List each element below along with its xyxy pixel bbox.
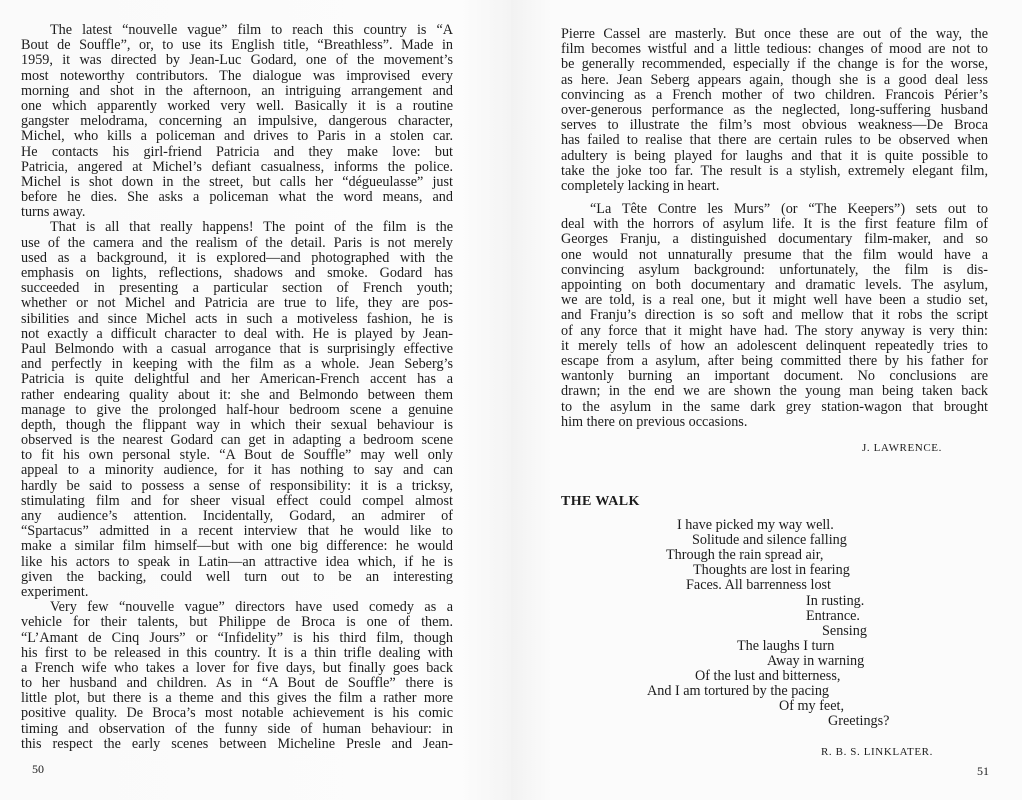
text-line: succeeded in presenting a particular sec… — [21, 281, 453, 296]
poem-line: I have picked my way well. — [677, 518, 834, 533]
text-line: used as a background, it is explored—and… — [21, 251, 453, 266]
text-line: whether or not Michel and Patricia are t… — [21, 296, 453, 311]
text-line: turns away. — [21, 205, 453, 220]
text-line: take the joke too far. The result is a s… — [561, 164, 988, 179]
poem-author: R. B. S. LINKLATER. — [821, 746, 933, 758]
left-page: The latest “nouvelle vague” film to reac… — [0, 0, 511, 800]
text-line: “L’Amant de Cinq Jours” or “Infidelity” … — [21, 631, 453, 646]
text-line: most noteworthy contributors. The dialog… — [21, 69, 453, 84]
text-line: timing and observation of the funny side… — [21, 722, 453, 737]
text-line: we are told, is a real one, but it might… — [561, 293, 988, 308]
text-line: to her husband and children. As in “A Bo… — [21, 676, 453, 691]
text-line: emphasis on lights, reflections, shadows… — [21, 266, 453, 281]
text-line: has failed to realise that there are cer… — [561, 133, 988, 148]
text-line: morning and shot in the afternoon, an in… — [21, 84, 453, 99]
text-line: The latest “nouvelle vague” film to reac… — [21, 23, 453, 38]
poem-line: In rusting. — [806, 594, 864, 609]
text-line: rather endearing quality about it: she a… — [21, 388, 453, 403]
text-line: stimulating film and for sheer visual ef… — [21, 494, 453, 509]
text-line: sibilities and since Michel acts in such… — [21, 312, 453, 327]
text-line: one which apparently worked very well. B… — [21, 99, 453, 114]
page-number-right: 51 — [977, 764, 989, 779]
right-page-text-column: Pierre Cassel are masterly. But once the… — [561, 27, 988, 430]
text-line: hardly be said to possess a sense of res… — [21, 479, 453, 494]
text-line: Very few “nouvelle vague” directors have… — [21, 600, 453, 615]
text-line: like his actors to speak in Latin—an att… — [21, 555, 453, 570]
text-line: given the backing, could well turn out t… — [21, 570, 453, 585]
text-line: little plot, but there is a theme and th… — [21, 691, 453, 706]
text-line: Georges Franju, a distinguished document… — [561, 232, 988, 247]
text-line: use of the camera and the realism of the… — [21, 236, 453, 251]
text-line: and Franju’s direction is so soft and me… — [561, 308, 988, 323]
poem-line: Sensing — [822, 624, 867, 639]
poem-line: The laughs I turn — [737, 639, 834, 654]
text-line: his first to be released in this country… — [21, 646, 453, 661]
poem-line: Entrance. — [806, 609, 860, 624]
text-line: one would not unnaturally presume that t… — [561, 248, 988, 263]
poem-line: Through the rain spread air, — [666, 548, 823, 563]
text-line: over-generous performance as the neglect… — [561, 103, 988, 118]
text-line: film becomes wistful and a little tediou… — [561, 42, 988, 57]
text-line: to the asylum in the same dark grey stat… — [561, 400, 988, 415]
text-line: him there on previous occasions. — [561, 415, 988, 430]
text-line: convincing asylum background: unfortunat… — [561, 263, 988, 278]
poem-line: Faces. All barrenness lost — [686, 578, 831, 593]
text-line: gangster melodrama, concerning an impuls… — [21, 114, 453, 129]
review-signature: J. LAWRENCE. — [862, 442, 942, 454]
text-line: That is all that really happens! The poi… — [21, 220, 453, 235]
text-line: experiment. — [21, 585, 453, 600]
text-line: convincing as a French mother of two chi… — [561, 88, 988, 103]
text-line: appointing on both documentary and drama… — [561, 278, 988, 293]
text-line: to fit his own personal style. “A Bout d… — [21, 448, 453, 463]
text-line: Michel is shot down in the street, but c… — [21, 175, 453, 190]
text-line: a French wife who takes a lover for five… — [21, 661, 453, 676]
text-line: as here. Jean Seberg appears again, thou… — [561, 73, 988, 88]
left-page-text-column: The latest “nouvelle vague” film to reac… — [21, 23, 453, 752]
text-line: adultery is being played for laughs and … — [561, 149, 988, 164]
text-line: drawn; in the end we are shown the young… — [561, 384, 988, 399]
text-line: any audience’s attention. Incidentally, … — [21, 509, 453, 524]
text-line: of any force that it might have had. The… — [561, 324, 988, 339]
text-line: Bout de Souffle”, or, to use its English… — [21, 38, 453, 53]
text-line: He contacts his girl-friend Patricia and… — [21, 145, 453, 160]
text-line: depth, though the flippant way in which … — [21, 418, 453, 433]
text-line: this respect the early scenes between Mi… — [21, 737, 453, 752]
poem-line: Away in warning — [767, 654, 864, 669]
text-line: 1959, it was directed by Jean-Luc Godard… — [21, 53, 453, 68]
text-line: positive quality. De Broca’s most notabl… — [21, 706, 453, 721]
text-line: Patricia is quite delightful and her Ame… — [21, 372, 453, 387]
text-line: “Spartacus” admitted in a recent intervi… — [21, 524, 453, 539]
text-line: Michel, who kills a policeman and drives… — [21, 129, 453, 144]
text-line: vehicle for their talents, but Philippe … — [21, 615, 453, 630]
text-line: wantonly burning an important document. … — [561, 369, 988, 384]
text-line: before he dies. She asks a policeman wha… — [21, 190, 453, 205]
text-line: Pierre Cassel are masterly. But once the… — [561, 27, 988, 42]
text-line: escape from a asylum, after being commit… — [561, 354, 988, 369]
text-line: not exactly a difficult character to dea… — [21, 327, 453, 342]
right-page: Pierre Cassel are masterly. But once the… — [511, 0, 1022, 800]
text-line: Paul Belmondo with a casual arrogance th… — [21, 342, 453, 357]
poem-line: Of the lust and bitterness, — [695, 669, 840, 684]
text-line: Patricia, angered at Michel’s defiant ca… — [21, 160, 453, 175]
poem-line: And I am tortured by the pacing — [647, 684, 829, 699]
poem-title: THE WALK — [561, 494, 640, 510]
text-line: “La Tête Contre les Murs” (or “The Keepe… — [561, 202, 988, 217]
text-line: and perfectly in keeping with the film a… — [21, 357, 453, 372]
text-line: manage to give the prolonged half-hour b… — [21, 403, 453, 418]
text-line: it merely tells of how an adolescent del… — [561, 339, 988, 354]
poem-line: Thoughts are lost in fearing — [693, 563, 850, 578]
poem-line: Greetings? — [828, 714, 889, 729]
text-line: serves to illustrate the film’s most obv… — [561, 118, 988, 133]
text-line: completely lacking in heart. — [561, 179, 988, 194]
poem-line: Of my feet, — [779, 699, 844, 714]
poem-line: Solitude and silence falling — [692, 533, 847, 548]
text-line: observed is the nearest Godard can get i… — [21, 433, 453, 448]
text-line: be generally recommended, especially if … — [561, 57, 988, 72]
text-line: appeal to a minority audience, for it ha… — [21, 463, 453, 478]
text-line: make a similar film himself—but with one… — [21, 539, 453, 554]
page-number-left: 50 — [32, 762, 44, 777]
text-line: deal with the horrors of asylum life. It… — [561, 217, 988, 232]
